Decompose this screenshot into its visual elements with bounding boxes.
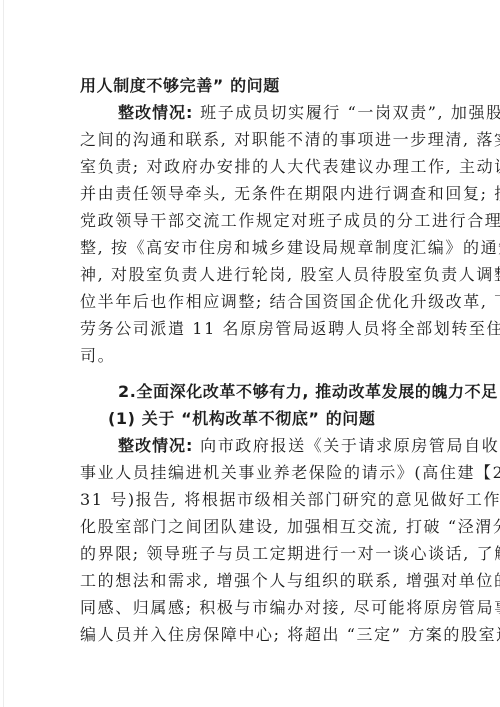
paragraph-line: 工的想法和需求, 增强个人与组织的联系, 增强对单位的认 bbox=[80, 567, 426, 594]
paragraph-line: 并由责任领导牵头, 无条件在期限内进行调查和回复; 按照 bbox=[80, 180, 426, 207]
section2-heading: 2.全面深化改革不够有力, 推动改革发展的魄力不足 bbox=[80, 378, 426, 405]
paragraph-line: 同感、归属感; 积极与市编办对接, 尽可能将原房管局事业 bbox=[80, 594, 426, 621]
section1-paragraph-first-line: 整改情况: 班子成员切实履行 “一岗双责”, 加强股室 bbox=[80, 99, 426, 126]
paragraph-line: 神, 对股室负责人进行轮岗, 股室人员待股室负责人调整到 bbox=[80, 261, 426, 288]
rectification-label: 整改情况: bbox=[118, 103, 193, 122]
paragraph-line: 化股室部门之间团队建设, 加强相互交流, 打破 “泾渭分明” bbox=[80, 513, 426, 540]
paragraph-line: 事业人员挂编进机关事业养老保险的请示》(高住建【2022】 bbox=[80, 459, 426, 486]
section1-heading-tail: 用人制度不够完善” 的问题 bbox=[80, 72, 426, 99]
scan-edge-line bbox=[3, 0, 4, 707]
paragraph-line: 整, 按《高安市住房和城乡建设局规章制度汇编》的通知精 bbox=[80, 234, 426, 261]
paragraph-line: 党政领导干部交流工作规定对班子成员的分工进行合理调 bbox=[80, 207, 426, 234]
paragraph-line: 之间的沟通和联系, 对职能不清的事项进一步理清, 落实股 bbox=[80, 126, 426, 153]
rectification-label: 整改情况: bbox=[118, 436, 193, 455]
paragraph-line: 劳务公司派遣 11 名原房管局返聘人员将全部划转至住投公 bbox=[80, 315, 426, 342]
section2-paragraph-first-line: 整改情况: 向市政府报送《关于请求原房管局自收自支 bbox=[80, 432, 426, 459]
paragraph-line: 司。 bbox=[80, 342, 426, 369]
paragraph-line: 编人员并入住房保障中心; 将超出 “三定” 方案的股室进行 bbox=[80, 621, 426, 648]
paragraph-text: 班子成员切实履行 “一岗双责”, 加强股室 bbox=[193, 103, 500, 122]
section2-sub-heading: (1) 关于 “机构改革不彻底” 的问题 bbox=[80, 405, 426, 432]
document-page: 用人制度不够完善” 的问题 整改情况: 班子成员切实履行 “一岗双责”, 加强股… bbox=[80, 72, 426, 648]
paragraph-text: 向市政府报送《关于请求原房管局自收自支 bbox=[193, 436, 500, 455]
paragraph-line: 的界限; 领导班子与员工定期进行一对一谈心谈话, 了解员 bbox=[80, 540, 426, 567]
paragraph-line: 室负责; 对政府办安排的人大代表建议办理工作, 主动认领, bbox=[80, 153, 426, 180]
paragraph-line: 31 号)报告, 将根据市级相关部门研究的意见做好工作; 强 bbox=[80, 486, 426, 513]
paragraph-line: 位半年后也作相应调整; 结合国资国企优化升级改革, 下属 bbox=[80, 288, 426, 315]
